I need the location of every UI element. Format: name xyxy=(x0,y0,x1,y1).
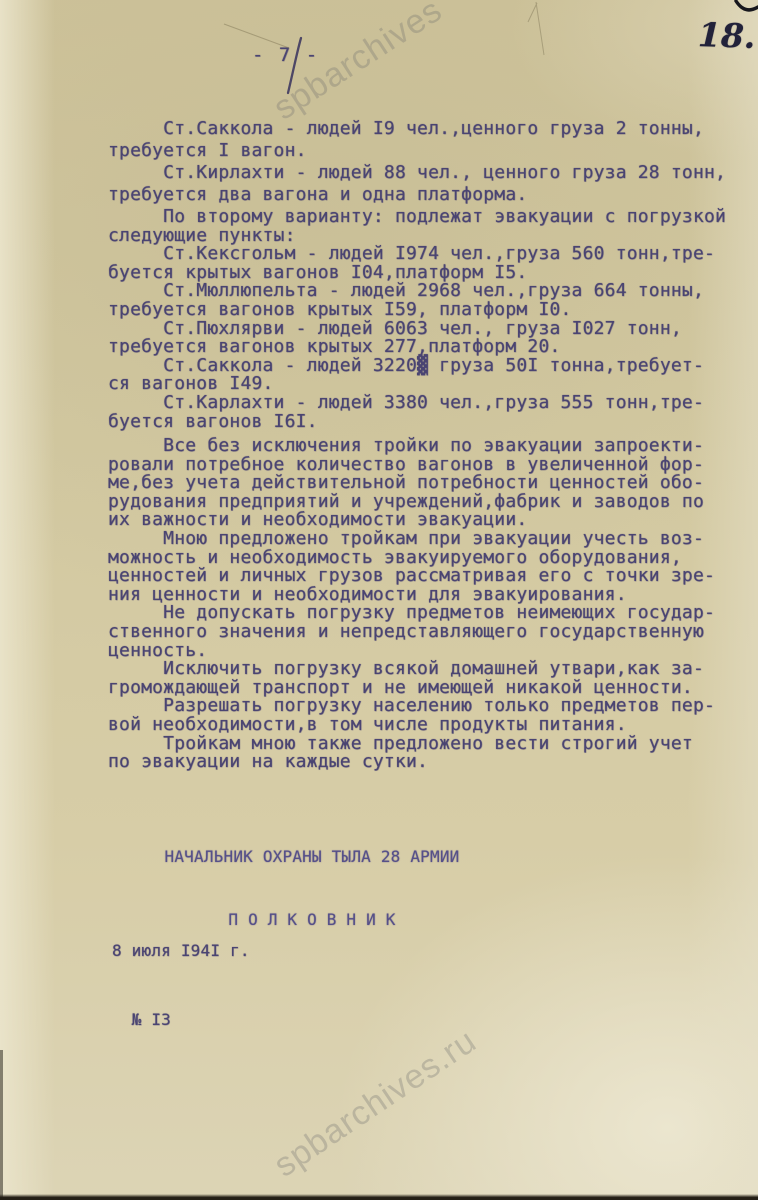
paragraph-block-stations-variant1: Ст.Саккола - людей I9 чел.,ценного груза… xyxy=(108,118,726,206)
text-line: ственного значения и непредставляющего г… xyxy=(108,623,715,642)
text-line: Все без исключения тройки по эвакуации з… xyxy=(108,437,715,456)
text-line: Мною предложено тройкам при эвакуации уч… xyxy=(108,530,715,549)
text-line: Ст.Кирлахти - людей 88 чел., ценного гру… xyxy=(108,162,726,184)
scan-edge-left xyxy=(0,1050,3,1200)
text-line: Ст.Саккола - людей I9 чел.,ценного груза… xyxy=(108,118,726,140)
document-date: 8 июля I94I г. xyxy=(112,939,250,962)
text-line: По второму варианту: подлежат эвакуации … xyxy=(108,208,726,227)
crease-line xyxy=(528,2,544,55)
scan-edge-bottom xyxy=(0,1194,758,1200)
text-line: по эвакуации на каждые сутки. xyxy=(108,753,715,772)
text-line: вой необходимости,в том числе продукты п… xyxy=(108,716,715,735)
paragraph-block-stations-variant2: По второму варианту: подлежат эвакуации … xyxy=(108,208,726,431)
signature-title: НАЧАЛЬНИК ОХРАНЫ ТЫЛА 28 АРМИИ xyxy=(162,846,462,867)
text-line: буется вагонов I6I. xyxy=(108,413,726,432)
document-number: № I3 xyxy=(112,1008,250,1031)
text-line: требуется два вагона и одна платформа. xyxy=(108,184,726,206)
watermark-bottom: spbarchives.ru xyxy=(267,1022,484,1186)
text-line: Ст.Карлахти - людей 3380 чел.,груза 555 … xyxy=(108,394,726,413)
corner-page-edge-mark xyxy=(736,1,758,10)
page-number: - 7 - xyxy=(252,44,319,66)
text-line: Исключить погрузку всякой домашней утвар… xyxy=(108,660,715,679)
scanned-document-page: spbarchives spbarchives.ru - 7 - 18. Ст.… xyxy=(0,0,758,1200)
text-line: требуется I вагон. xyxy=(108,140,726,162)
text-line: требуется вагонов крытых 277,платформ 20… xyxy=(108,338,726,357)
text-line: ме,без учета действительной потребности … xyxy=(108,474,715,493)
text-line: ценностей и личных грузов рассматривая е… xyxy=(108,567,715,586)
text-line: Ст.Кексгольм - людей I974 чел.,груза 560… xyxy=(108,245,726,264)
folio-number-handwritten: 18. xyxy=(697,15,756,56)
date-block: 8 июля I94I г. № I3 xyxy=(112,893,250,1077)
text-line: требуется вагонов крытых I59, платформ I… xyxy=(108,301,726,320)
paragraph-block-instructions: Все без исключения тройки по эвакуации з… xyxy=(108,437,715,772)
